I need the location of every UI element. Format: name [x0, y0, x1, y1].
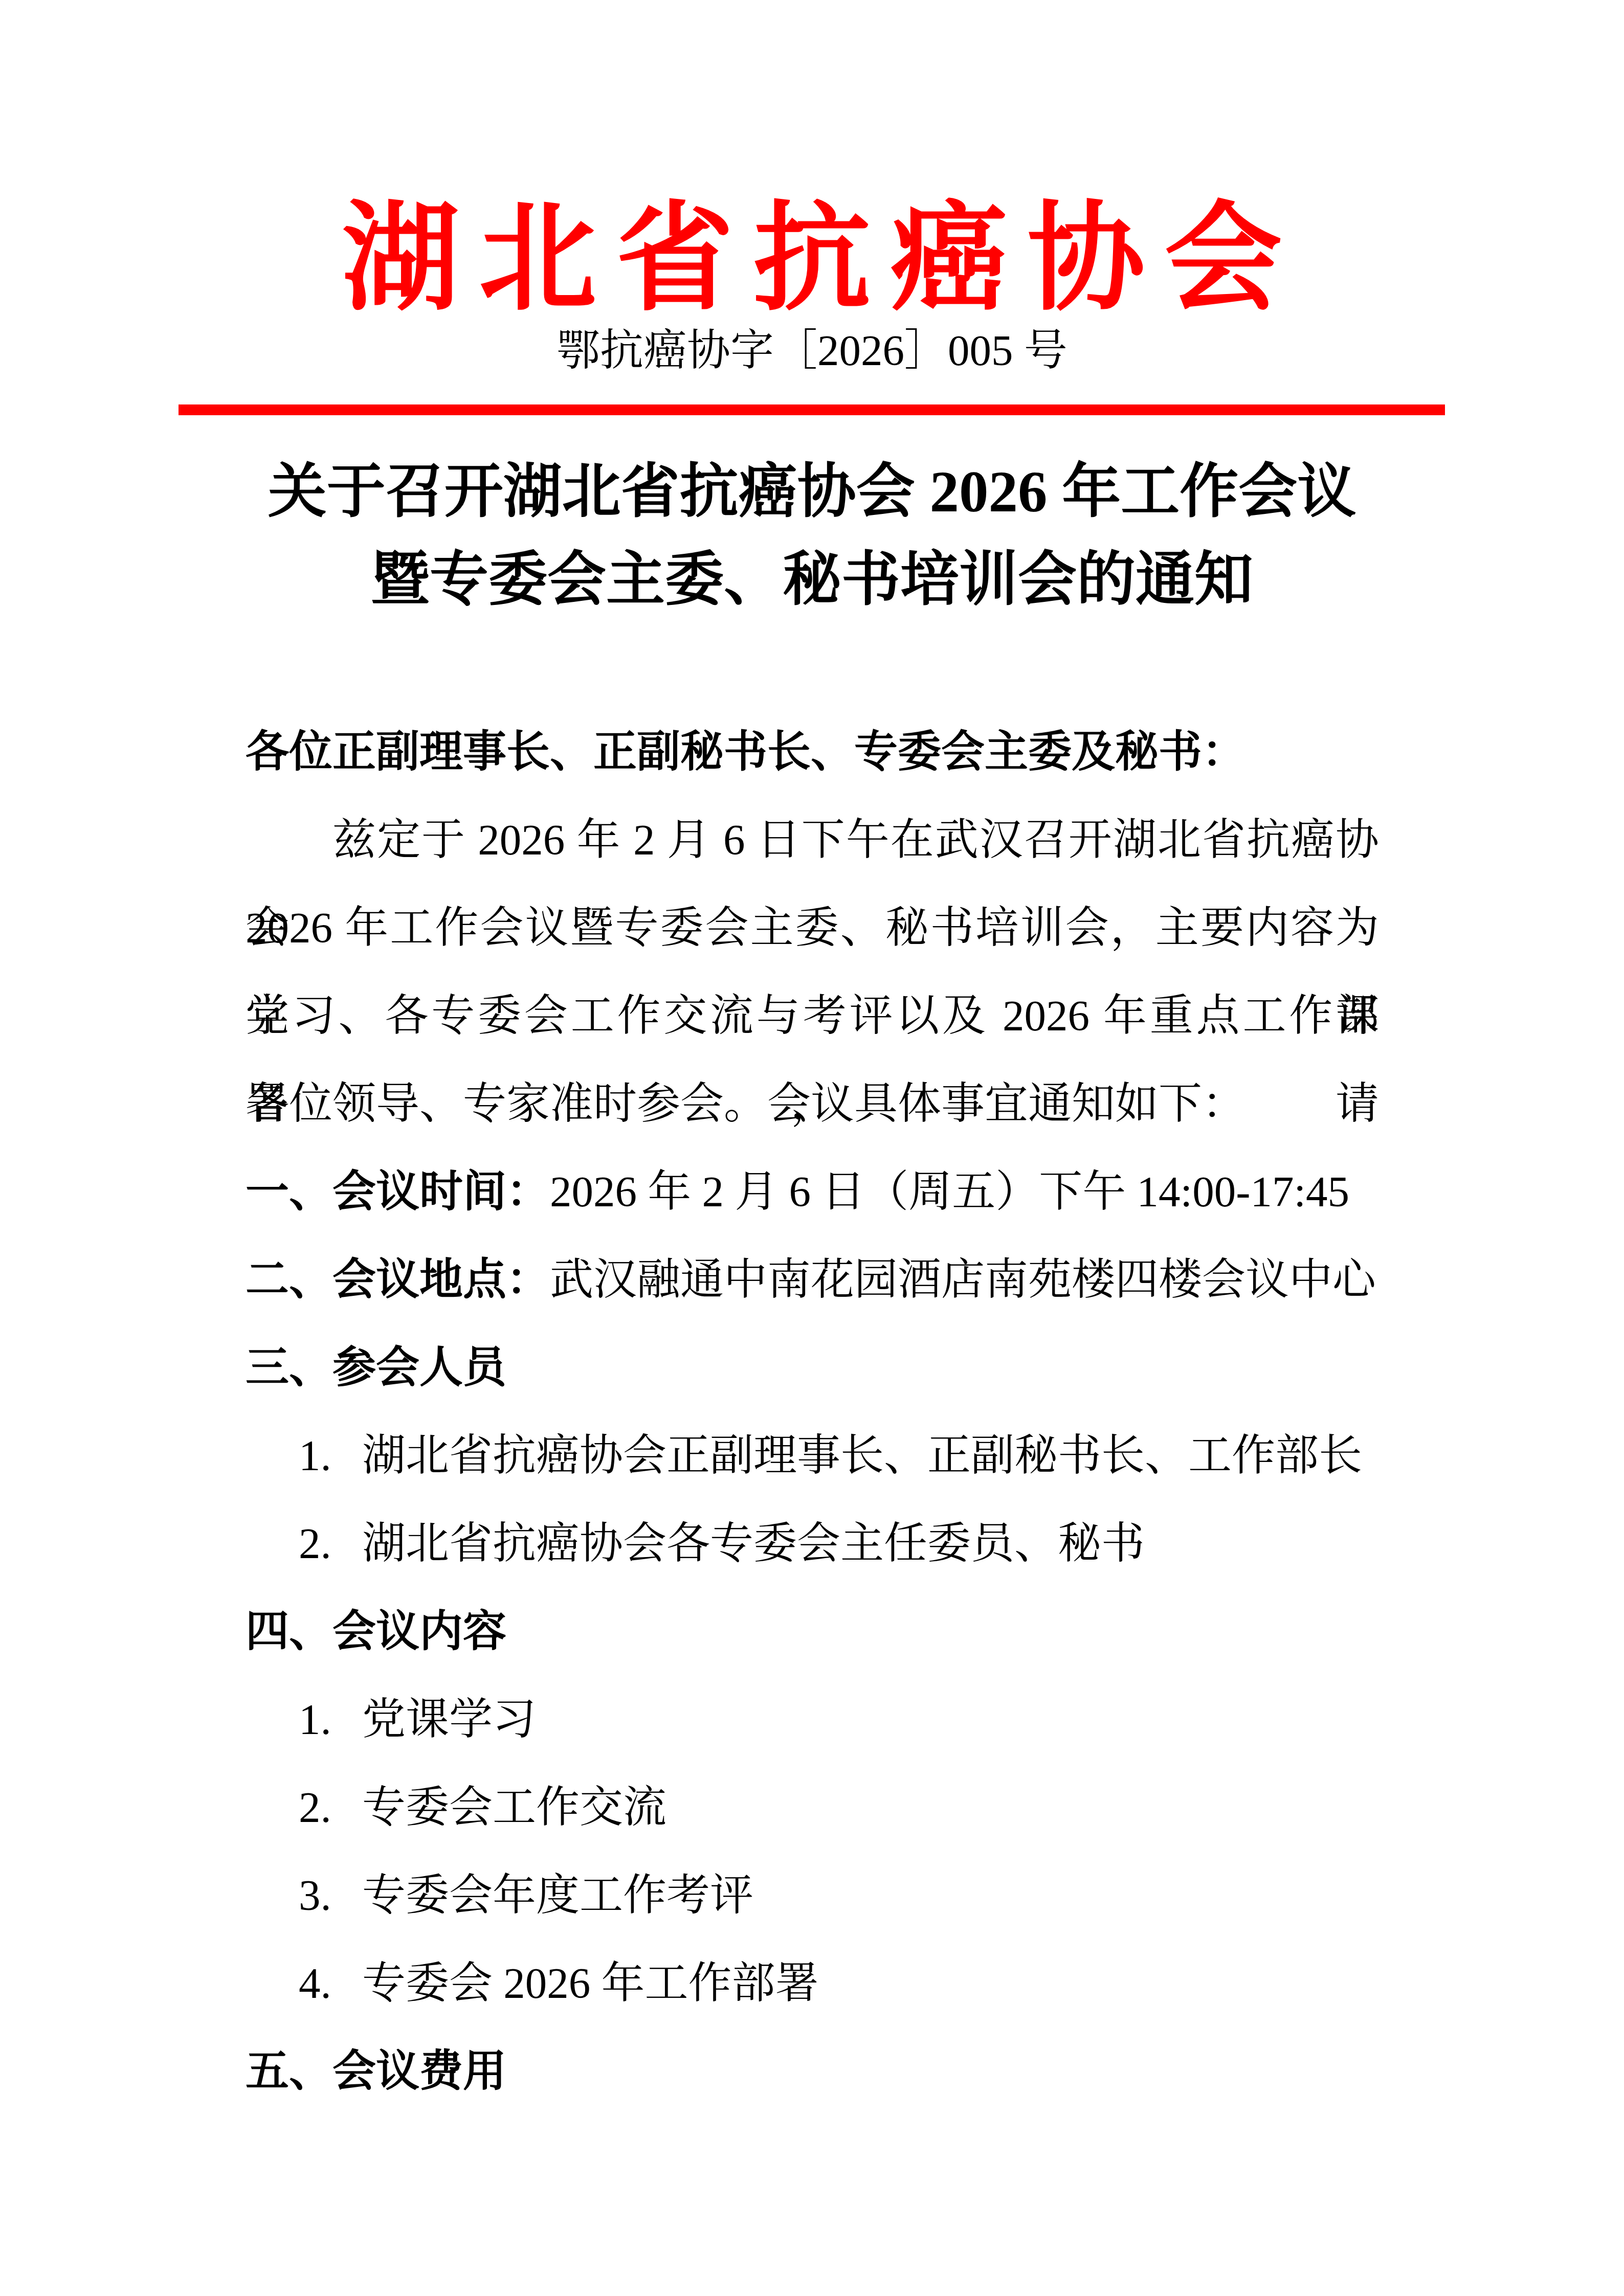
section-3-item-2: 2.湖北省抗癌协会各专委会主任委员、秘书: [246, 1500, 1379, 1588]
section-4-heading: 四、会议内容: [246, 1588, 1379, 1676]
section-2-text: 武汉融通中南花园酒店南苑楼四楼会议中心: [550, 1256, 1376, 1304]
section-2-label: 二、会议地点：: [246, 1256, 550, 1304]
greeting-line: 各位正副理事长、正副秘书长、专委会主委及秘书：: [246, 708, 1379, 796]
section-3-item-1: 1.湖北省抗癌协会正副理事长、正副秘书长、工作部长: [246, 1412, 1379, 1500]
notice-title-line-1: 关于召开湖北省抗癌协会 2026 年工作会议: [0, 448, 1624, 536]
org-title: 湖北省抗癌协会: [0, 200, 1624, 318]
notice-title: 关于召开湖北省抗癌协会 2026 年工作会议 暨专委会主委、秘书培训会的通知: [0, 448, 1624, 624]
paragraph-line-1: 兹定于 2026 年 2 月 6 日下午在武汉召开湖北省抗癌协会: [246, 796, 1379, 884]
paragraph-line-2: 2026 年工作会议暨专委会主委、秘书培训会，主要内容为党课: [246, 884, 1379, 972]
section-2-meeting-venue: 二、会议地点：武汉融通中南花园酒店南苑楼四楼会议中心: [246, 1236, 1379, 1324]
section-4-item-2: 2.专委会工作交流: [246, 1764, 1379, 1852]
section-4-item-3-text: 专委会年度工作考评: [362, 1872, 753, 1920]
section-4-item-3-number: 3.: [299, 1852, 362, 1940]
paragraph-line-4: 各位领导、专家准时参会。会议具体事宜通知如下：: [246, 1060, 1379, 1148]
section-5-heading: 五、会议费用: [246, 2028, 1379, 2115]
section-4-item-2-text: 专委会工作交流: [362, 1784, 666, 1832]
section-3-heading: 三、参会人员: [246, 1324, 1379, 1412]
section-3-item-2-text: 湖北省抗癌协会各专委会主任委员、秘书: [362, 1520, 1145, 1568]
section-4-item-4: 4.专委会 2026 年工作部署: [246, 1940, 1379, 2028]
section-3-item-1-number: 1.: [299, 1412, 362, 1500]
section-1-label: 一、会议时间：: [246, 1168, 550, 1216]
section-4-item-1-text: 党课学习: [362, 1696, 536, 1744]
section-1-meeting-time: 一、会议时间：2026 年 2 月 6 日（周五）下午 14:00-17:45: [246, 1148, 1379, 1236]
section-3-item-2-number: 2.: [299, 1500, 362, 1588]
red-divider-line: [179, 404, 1445, 415]
paragraph-line-3: 学习、各专委会工作交流与考评以及 2026 年重点工作部署，请: [246, 972, 1379, 1060]
section-4-item-1-number: 1.: [299, 1676, 362, 1764]
section-4-item-2-number: 2.: [299, 1764, 362, 1852]
section-4-item-4-number: 4.: [299, 1940, 362, 2028]
section-1-text: 2026 年 2 月 6 日（周五）下午 14:00-17:45: [550, 1168, 1349, 1216]
section-4-item-1: 1.党课学习: [246, 1676, 1379, 1764]
notice-title-line-2: 暨专委会主委、秘书培训会的通知: [0, 536, 1624, 624]
notice-document-page: 湖北省抗癌协会 鄂抗癌协字［2026］005 号 关于召开湖北省抗癌协会 202…: [0, 0, 1624, 2296]
section-4-item-3: 3.专委会年度工作考评: [246, 1852, 1379, 1940]
notice-body: 各位正副理事长、正副秘书长、专委会主委及秘书： 兹定于 2026 年 2 月 6…: [246, 708, 1379, 2115]
section-4-item-4-text: 专委会 2026 年工作部署: [362, 1960, 819, 2008]
doc-reference-number: 鄂抗癌协字［2026］005 号: [0, 325, 1624, 376]
section-3-item-1-text: 湖北省抗癌协会正副理事长、正副秘书长、工作部长: [362, 1432, 1362, 1480]
